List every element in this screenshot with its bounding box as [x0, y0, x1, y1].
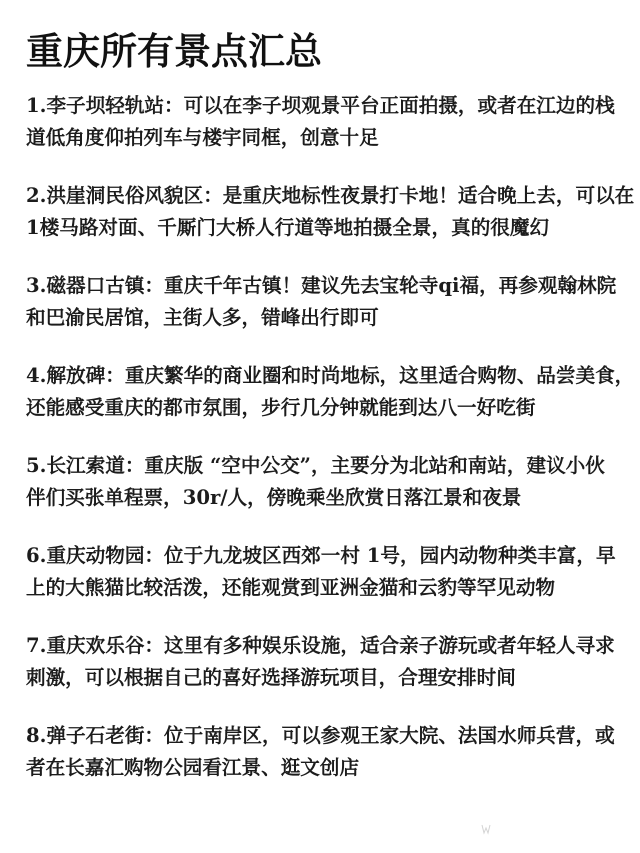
page-title: 重庆所有景点汇总	[26, 26, 322, 76]
attraction-text-line: 道低角度仰拍列车与楼宇同框，创意十足	[26, 122, 618, 154]
attraction-text-line: 4.解放碑：重庆繁华的商业圈和时尚地标，这里适合购物、品尝美食，	[26, 360, 618, 392]
attraction-text-line: 上的大熊猫比较活泼，还能观赏到亚洲金猫和云豹等罕见动物	[26, 572, 618, 604]
attraction-text-line: 1楼马路对面、千厮门大桥人行道等地拍摄全景，真的很魔幻	[26, 212, 618, 244]
attraction-item-7: 7.重庆欢乐谷：这里有多种娱乐设施，适合亲子游玩或者年轻人寻求 刺激，可以根据自…	[26, 630, 618, 694]
attraction-item-4: 4.解放碑：重庆繁华的商业圈和时尚地标，这里适合购物、品尝美食， 还能感受重庆的…	[26, 360, 618, 424]
attraction-text-line: 和巴渝民居馆，主街人多，错峰出行即可	[26, 302, 618, 334]
attraction-text-line: 8.弹子石老街：位于南岸区，可以参观王家大院、法国水师兵营，或	[26, 720, 618, 752]
attraction-list: 1.李子坝轻轨站：可以在李子坝观景平台正面拍摄，或者在江边的栈 道低角度仰拍列车…	[26, 90, 618, 810]
attraction-text-line: 伴们买张单程票，30r/人，傍晚乘坐欣赏日落江景和夜景	[26, 482, 618, 514]
attraction-text-line: 还能感受重庆的都市氛围，步行几分钟就能到达八一好吃街	[26, 392, 618, 424]
watermark-mark-icon	[480, 822, 492, 839]
attraction-item-3: 3.磁器口古镇：重庆千年古镇！建议先去宝轮寺qi福，再参观翰林院 和巴渝民居馆，…	[26, 270, 618, 334]
attraction-item-5: 5.长江索道：重庆版 “空中公交”，主要分为北站和南站，建议小伙 伴们买张单程票…	[26, 450, 618, 514]
attraction-text-line: 2.洪崖洞民俗风貌区：是重庆地标性夜景打卡地！适合晚上去，可以在	[26, 180, 618, 212]
attraction-text-line: 刺激，可以根据自己的喜好选择游玩项目，合理安排时间	[26, 662, 618, 694]
attraction-item-1: 1.李子坝轻轨站：可以在李子坝观景平台正面拍摄，或者在江边的栈 道低角度仰拍列车…	[26, 90, 618, 154]
attraction-text-line: 1.李子坝轻轨站：可以在李子坝观景平台正面拍摄，或者在江边的栈	[26, 90, 618, 122]
attraction-item-6: 6.重庆动物园：位于九龙坡区西郊一村 1号，园内动物种类丰富，早 上的大熊猫比较…	[26, 540, 618, 604]
attraction-text-line: 者在长嘉汇购物公园看江景、逛文创店	[26, 752, 618, 784]
attraction-text-line: 7.重庆欢乐谷：这里有多种娱乐设施，适合亲子游玩或者年轻人寻求	[26, 630, 618, 662]
attraction-text-line: 3.磁器口古镇：重庆千年古镇！建议先去宝轮寺qi福，再参观翰林院	[26, 270, 618, 302]
attraction-text-line: 5.长江索道：重庆版 “空中公交”，主要分为北站和南站，建议小伙	[26, 450, 618, 482]
document-page: 重庆所有景点汇总 1.李子坝轻轨站：可以在李子坝观景平台正面拍摄，或者在江边的栈…	[0, 0, 640, 853]
attraction-text-line: 6.重庆动物园：位于九龙坡区西郊一村 1号，园内动物种类丰富，早	[26, 540, 618, 572]
attraction-item-2: 2.洪崖洞民俗风貌区：是重庆地标性夜景打卡地！适合晚上去，可以在 1楼马路对面、…	[26, 180, 618, 244]
attraction-item-8: 8.弹子石老街：位于南岸区，可以参观王家大院、法国水师兵营，或 者在长嘉汇购物公…	[26, 720, 618, 784]
